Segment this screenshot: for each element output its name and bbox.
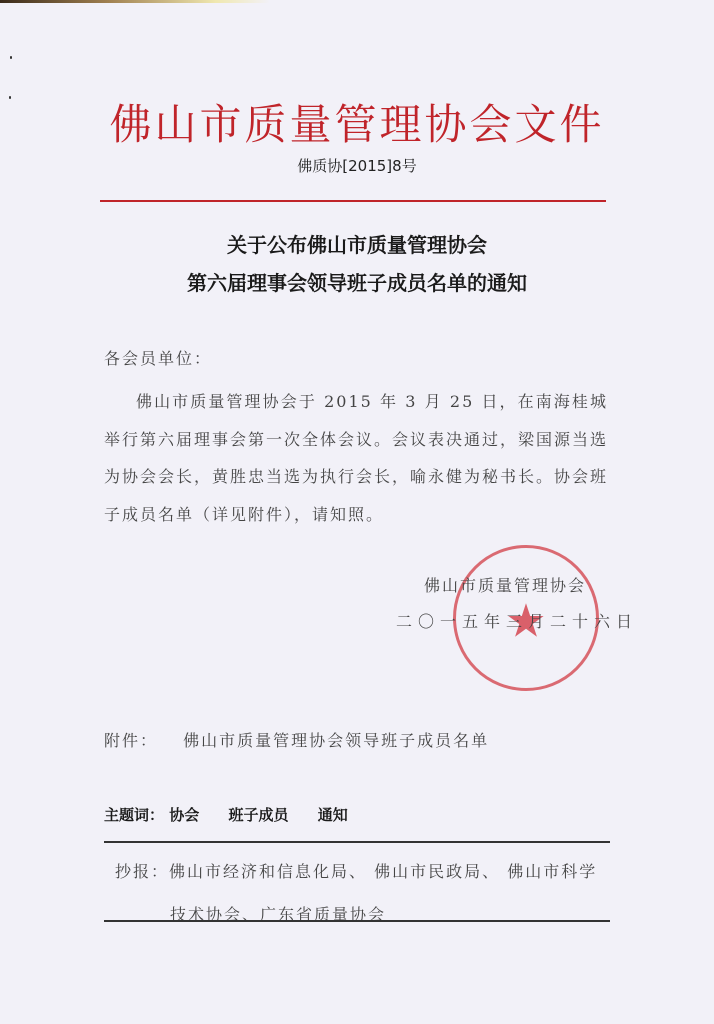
- signature-organization: 佛山市质量管理协会: [424, 573, 586, 596]
- letterhead-divider: [100, 200, 606, 202]
- keywords-label: 主题词：: [104, 806, 164, 824]
- letterhead-title: 佛山市质量管理协会文件: [0, 92, 714, 152]
- cc-line1: 佛山市经济和信息化局、 佛山市民政局、 佛山市科学: [169, 862, 597, 881]
- keyword: 通知: [318, 806, 348, 824]
- attachment-link[interactable]: 佛山市质量管理协会领导班子成员名单: [183, 731, 489, 750]
- cc-bottom-divider: [104, 920, 610, 922]
- cc-label: 抄报：: [115, 862, 169, 881]
- scan-edge-artifact: [0, 0, 270, 3]
- attachment-line: 附件： 佛山市质量管理协会领导班子成员名单: [104, 728, 489, 751]
- notice-title-line1: 关于公布佛山市质量管理协会: [0, 229, 714, 258]
- salutation: 各会员单位：: [104, 346, 608, 369]
- keywords-line: 主题词： 协会 班子成员 通知: [104, 804, 372, 825]
- keyword: 协会: [169, 806, 199, 824]
- cc-block: 抄报：佛山市经济和信息化局、 佛山市民政局、 佛山市科学 技术协会、广东省质量协…: [115, 850, 615, 936]
- scan-speck: [10, 56, 12, 59]
- attachment-label: 附件：: [104, 731, 158, 750]
- notice-title-line2: 第六届理事会领导班子成员名单的通知: [0, 267, 714, 296]
- keyword: 班子成员: [229, 806, 289, 824]
- cc-line2: 技术协会、广东省质量协会: [115, 893, 615, 936]
- cc-top-divider: [104, 841, 610, 843]
- body-paragraph: 佛山市质量管理协会于 2015 年 3 月 25 日，在南海桂城举行第六届理事会…: [104, 383, 608, 533]
- signature-date: 二〇一五年三月二十六日: [396, 609, 638, 632]
- document-number: 佛质协[2015]8号: [0, 155, 714, 176]
